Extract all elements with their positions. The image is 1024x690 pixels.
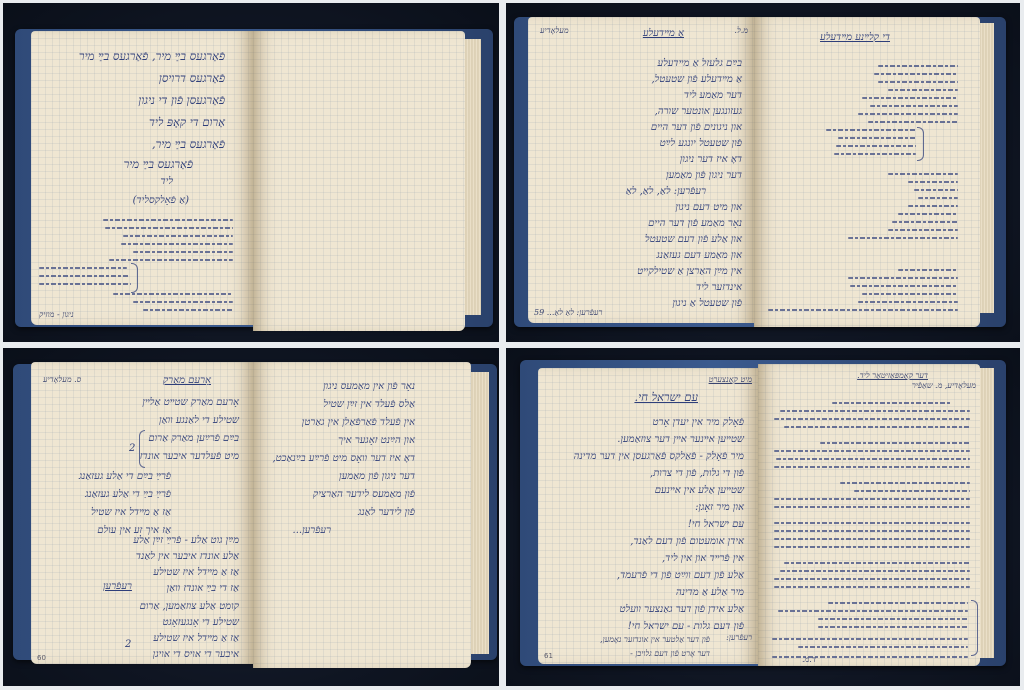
handwritten-line <box>820 442 970 444</box>
handwritten-line: און מיר זאָגן: <box>695 503 744 513</box>
handwritten-line <box>133 251 233 253</box>
poem-title: דער קאָמפּאָזיטאָר ליד. <box>857 372 928 380</box>
handwritten-line: שטילע די לאַנגע וואַן <box>159 416 239 426</box>
right-page: די קלײנע מײדעלע <box>754 17 980 327</box>
notebook-photo-3: ס. מעלאָדיע אָרעם מאַרק אָרעם מאַרק שטײט… <box>3 348 499 686</box>
handwritten-line: און ניגונים פֿון דער היים <box>651 123 742 133</box>
handwritten-line <box>858 301 958 303</box>
handwritten-line: פֿרײַ בײַם די אַלע געזאַנג <box>51 472 171 482</box>
right-page-blank <box>253 31 465 331</box>
handwritten-line: פֿון מאַמעס לידער האַרציק <box>313 490 415 500</box>
handwritten-line: און מאַמע דעם געזאַנג <box>656 251 742 261</box>
handwritten-line: קומט אַלע צוזאַמען, אַרום <box>140 602 239 612</box>
handwritten-line: אַ מײדעלע פֿון שטעטל, <box>651 75 742 85</box>
handwritten-line: פֿאַרגעס בײַ מיר, פֿאַרגעס בײַ מיר <box>79 51 225 63</box>
handwritten-line: און אַלע פֿון דעם שטעטל <box>645 235 742 245</box>
handwritten-line <box>774 538 970 540</box>
left-page: פֿאַרגעס בײַ מיר, פֿאַרגעס בײַ מיר פֿאַר… <box>31 31 253 325</box>
handwritten-line <box>898 269 958 271</box>
handwritten-line <box>774 466 970 468</box>
handwritten-line <box>862 293 958 295</box>
handwritten-line: אינדזער ליד <box>696 283 742 293</box>
handwritten-line <box>784 562 970 564</box>
handwritten-line: אין פֿרײד און אין ליד, <box>662 554 744 564</box>
refrain-label: רעפֿרען <box>103 582 132 592</box>
handwritten-line <box>780 570 970 572</box>
handwritten-line <box>772 638 968 640</box>
heading-note: ליד <box>161 177 173 187</box>
handwritten-line: שטילע די אָנגעזאָגט <box>162 618 239 628</box>
handwritten-line: דער ניגון פֿון מאַמען <box>339 472 415 482</box>
handwritten-line <box>848 277 958 279</box>
refrain-label: רעפֿרען: <box>726 634 752 642</box>
photo-collage: פֿאַרגעס בײַ מיר, פֿאַרגעס בײַ מיר פֿאַר… <box>0 0 1024 690</box>
handwritten-line <box>918 197 958 199</box>
handwritten-line: בײַם גלעזל אַ מײדעלע <box>657 59 742 69</box>
handwritten-line: בײַם פֿרײַען מאַרק אַרום <box>148 434 239 444</box>
handwritten-line <box>878 65 958 67</box>
poem-title: די קלײנע מײדעלע <box>820 33 890 43</box>
handwritten-line: פֿאַרגעס דרויסן <box>159 73 225 85</box>
handwritten-line <box>858 113 958 115</box>
handwritten-line <box>828 602 968 604</box>
handwritten-line <box>836 145 916 147</box>
handwritten-line <box>898 213 958 215</box>
right-page: נאָר פֿון אין מאַמעס ניגון אַלס פֿעלד אי… <box>253 362 471 668</box>
handwritten-line: מיט פֿעלדער איבער אונדז <box>140 452 239 462</box>
handwritten-line <box>838 137 916 139</box>
right-page: דער קאָמפּאָזיטאָר ליד. מעלאָדיע, מ. שאַ… <box>758 364 980 666</box>
handwritten-line: אָרעם מאַרק שטײט אַלײן <box>142 398 239 408</box>
handwritten-line <box>109 259 233 261</box>
left-page: ס. מעלאָדיע אָרעם מאַרק אָרעם מאַרק שטײט… <box>31 362 253 664</box>
handwritten-line: נאָר מאַמע פֿון דער היים <box>648 219 742 229</box>
left-page: מיט קאָנצערט עם ישראל חי. פֿאָלק מיר אין… <box>538 368 758 664</box>
struck-line <box>818 618 968 620</box>
handwritten-line <box>892 221 958 223</box>
handwritten-line: אין מײַן האַרצן אַ שטילקייט <box>637 267 742 277</box>
song-heading: (אַ פֿאָלקסליד) <box>133 196 189 206</box>
struck-line <box>818 626 968 628</box>
handwritten-line <box>778 610 968 612</box>
handwritten-line <box>774 450 970 452</box>
handwritten-line <box>774 522 970 524</box>
handwritten-line <box>774 586 970 588</box>
poem-title: עם ישראל חי. <box>634 392 698 404</box>
handwritten-line <box>113 293 233 295</box>
handwritten-line: פֿאַרגעס בײַ מיר, <box>152 139 225 151</box>
handwritten-line <box>850 285 958 287</box>
corner-note: ס. מעלאָדיע <box>43 376 81 384</box>
handwritten-line: פֿאָלק מיר אין יעדן אָרט <box>652 418 744 428</box>
handwritten-line <box>888 229 958 231</box>
left-page: מעלאָדיע אַ מײדעלע מ.ל. בײַם גלעזל אַ מײ… <box>528 17 754 323</box>
handwritten-line: אַלע פֿון דעם ווײַט פֿון די פֿרעמד, <box>617 571 744 581</box>
handwritten-line <box>774 498 970 500</box>
handwritten-line: אידן אומעטום פֿון דעם לאַנד, <box>630 537 744 547</box>
refrain-line: רעפֿרען: לאַ, לאַ, לאַ <box>626 187 706 197</box>
handwritten-line: אַלע אידן פֿון דער גאַנצער וועלט <box>619 605 744 615</box>
bracket <box>971 600 978 656</box>
page-number: 60 <box>37 654 46 662</box>
handwritten-line: שטײען אַלע אין אײנעם <box>655 486 744 496</box>
handwritten-line <box>888 89 958 91</box>
handwritten-line: פֿון שטעטל אַ ניגון <box>672 299 742 309</box>
notebook-photo-1: פֿאַרגעס בײַ מיר, פֿאַרגעס בײַ מיר פֿאַר… <box>3 3 499 342</box>
handwritten-line: דאָ איז דער ניגון <box>680 155 742 165</box>
corner-note: מיט קאָנצערט <box>709 376 752 384</box>
corner-note: מעלאָדיע <box>540 27 569 35</box>
handwritten-line: אַז אַ מײדל איז שטילע <box>153 568 239 578</box>
repeat-mark: 2 <box>129 444 135 454</box>
refrain-line: פֿון דער אַלטער אין אונדזער נאָמען, <box>600 636 710 644</box>
corner-note: מעלאָדיע, מ. שאַפֿיר <box>912 382 976 390</box>
handwritten-line <box>143 309 233 311</box>
notebook-photo-4: מיט קאָנצערט עם ישראל חי. פֿאָלק מיר אין… <box>506 348 1020 686</box>
handwritten-line <box>774 546 970 548</box>
handwritten-line: איבער די אויס די אויגן <box>153 650 239 660</box>
handwritten-line: שטײען אײנער אײן דער צוזאַמען. <box>617 435 744 445</box>
handwritten-line <box>840 482 970 484</box>
handwritten-line: אַז די בײַ אונדז וואַן <box>167 584 239 594</box>
page-footer-note: רעפֿרען: לאַ לאַ... 59 <box>534 309 602 317</box>
handwritten-line <box>848 237 958 239</box>
repeat-bracket <box>131 263 138 293</box>
handwritten-line: און הײַנט זאָגער איך <box>338 436 415 446</box>
handwritten-line <box>133 301 233 303</box>
handwritten-line: מיר אַלע אַ מדינה <box>676 588 744 598</box>
handwritten-line <box>914 189 958 191</box>
handwritten-line <box>39 267 127 269</box>
handwritten-line <box>854 490 970 492</box>
handwritten-line: און מיט דעם ניגון <box>675 203 742 213</box>
handwritten-line <box>784 426 970 428</box>
handwritten-line <box>832 402 952 404</box>
notebook-photo-2: מעלאָדיע אַ מײדעלע מ.ל. בײַם גלעזל אַ מײ… <box>506 3 1020 342</box>
page-footer-note: ניגון - מוזיק <box>39 311 74 319</box>
handwritten-line <box>768 309 958 311</box>
handwritten-line <box>874 73 958 75</box>
poem-title: אַ מײדעלע <box>643 29 684 39</box>
corner-note: מ.ל. <box>734 27 748 35</box>
handwritten-line: פֿון לידער לאַנג <box>358 508 415 518</box>
handwritten-line: מײַן גוט אַלע - פֿרײַ זײַן אַלע <box>133 536 239 546</box>
handwritten-line: פֿון שטעטל יונגע לײַט <box>660 139 742 149</box>
handwritten-line: פֿון דעם גלות - עם ישראל חי! <box>628 622 744 632</box>
handwritten-line <box>103 219 233 221</box>
handwritten-line <box>868 121 958 123</box>
handwritten-line: אַלס פֿעלד אין זײַן שטיל <box>323 400 415 410</box>
handwritten-line: אַז אַ מײדל איז שטילע <box>153 634 239 644</box>
handwritten-line: מיר פֿאָלק - פֿאַלקס פֿאַרגעסן אין דער מ… <box>574 452 744 462</box>
page-number: 61 <box>544 652 553 660</box>
handwritten-line: פֿרײַ בײַ די אַלע געזאַנג <box>51 490 171 500</box>
repeat-mark: 2 <box>125 640 131 650</box>
handwritten-line: אַרום די קאָפּ ליד <box>149 117 225 129</box>
signature-note: ד.מ. <box>802 656 816 664</box>
handwritten-line <box>776 458 970 460</box>
handwritten-line: אַלע אונדז איבער אין לאַנד <box>136 552 239 562</box>
handwritten-line: געזונגען אונטער שורה, <box>655 107 742 117</box>
handwritten-line <box>105 227 233 229</box>
handwritten-line <box>908 205 958 207</box>
handwritten-line <box>826 129 916 131</box>
handwritten-line <box>774 506 970 508</box>
handwritten-line <box>834 153 916 155</box>
handwritten-line: פֿאַרגעסן פֿון די ניגון <box>138 95 225 107</box>
handwritten-line <box>39 275 129 277</box>
handwritten-line: דער ניגון פֿון מאַמען <box>666 171 742 181</box>
handwritten-line: עם ישראל חי! <box>688 520 744 530</box>
handwritten-line <box>870 105 958 107</box>
handwritten-line <box>774 578 970 580</box>
handwritten-line: אַז אַ מײדל איז שטיל <box>51 508 171 518</box>
handwritten-line: נאָר פֿון אין מאַמעס ניגון <box>323 382 415 392</box>
handwritten-line: פֿון די גלות, פֿון די צרות, <box>650 469 744 479</box>
handwritten-line <box>123 235 233 237</box>
poem-title: אָרעם מאַרק <box>163 376 211 386</box>
refrain-line: דער אָרט פֿון דעם גלויבן - <box>630 650 710 658</box>
handwritten-line <box>908 181 958 183</box>
handwritten-line: דער מאַמע ליד <box>684 91 742 101</box>
refrain-label: רעפֿרען... <box>293 526 331 536</box>
handwritten-line: אין פֿעלד פֿאַרפֿאַלן אין גאַרטן <box>302 418 415 428</box>
handwritten-line: דאָ איז דער וואָס מיט פֿרײַע בײַנאַכט, <box>272 454 415 464</box>
handwritten-line <box>878 81 958 83</box>
handwritten-line: פֿאַרגעס בײַ מיר <box>124 159 193 171</box>
handwritten-line <box>774 530 970 532</box>
repeat-bracket <box>139 430 145 468</box>
repeat-bracket <box>917 127 924 161</box>
handwritten-line <box>888 173 958 175</box>
handwritten-line <box>780 410 970 412</box>
handwritten-line <box>798 646 968 648</box>
handwritten-line <box>774 418 970 420</box>
handwritten-line <box>39 283 131 285</box>
handwritten-line <box>862 97 958 99</box>
handwritten-line <box>121 243 233 245</box>
